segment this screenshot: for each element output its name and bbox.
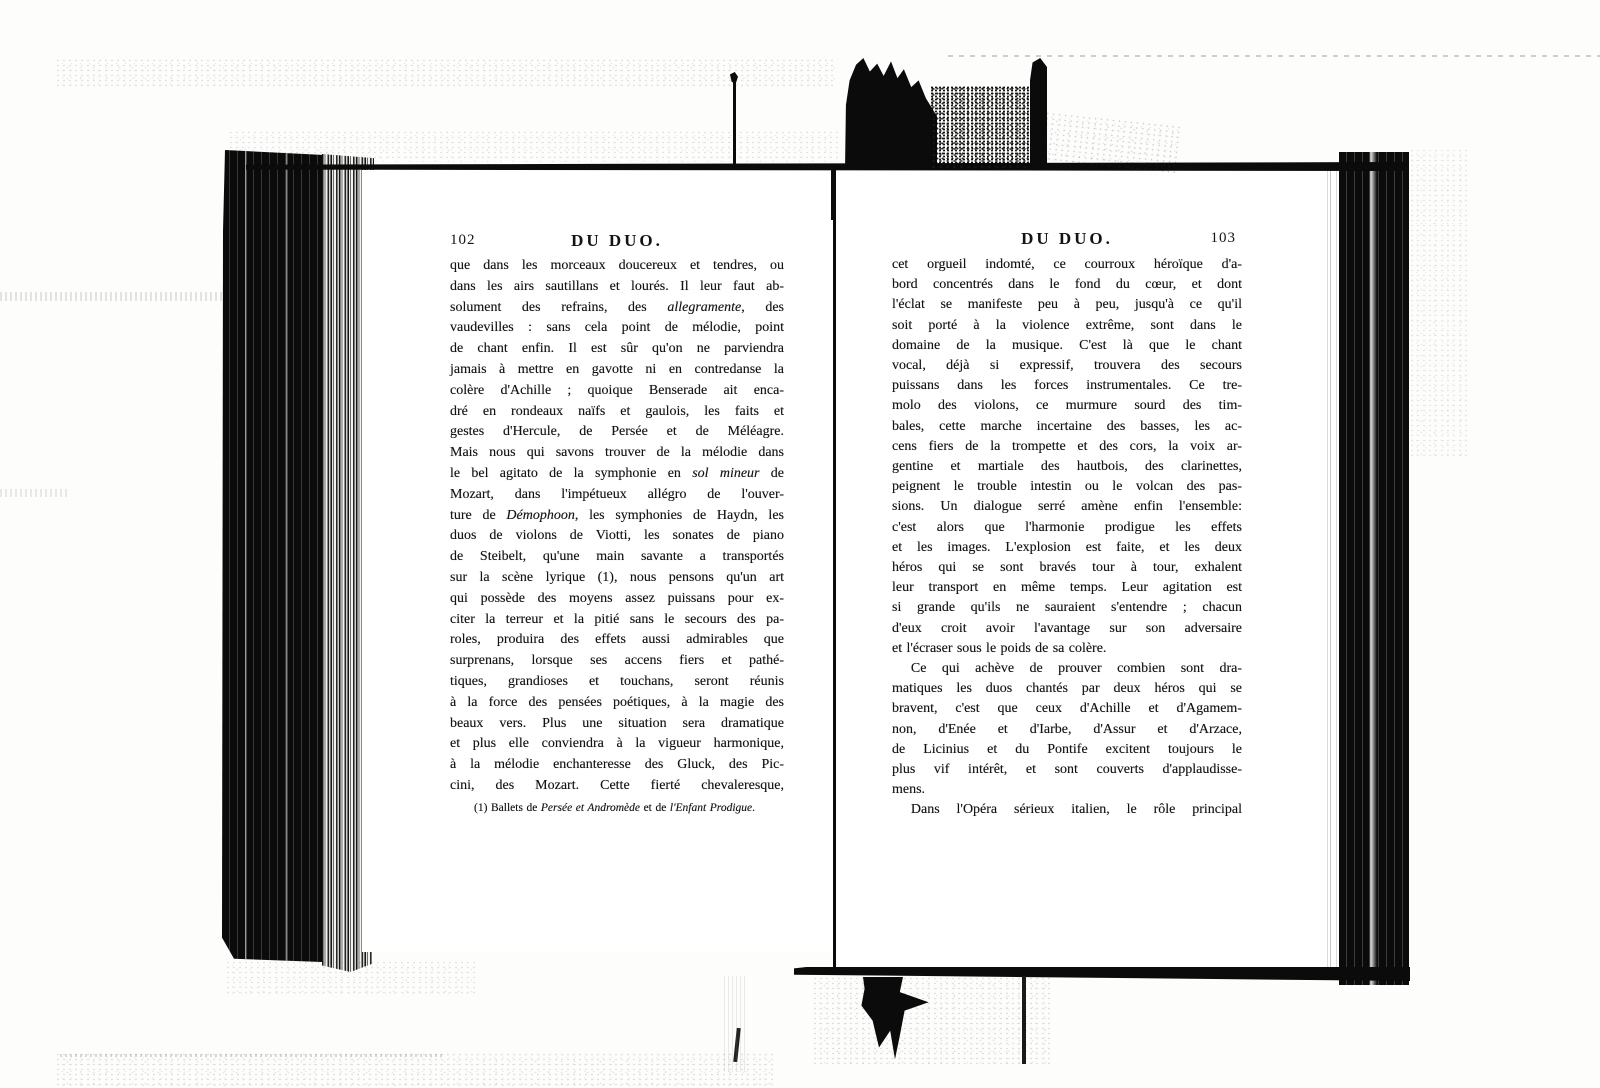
scan-noise-band-bottom [55, 1052, 773, 1086]
right-page-header: DU DUO. 103 [892, 229, 1242, 253]
text-line: non, d'Enée et d'Iarbe, d'Assur et d'Arz… [892, 720, 1242, 740]
book-edge-right [1339, 152, 1409, 985]
scan-streak-left-margin-2 [0, 489, 70, 497]
text-line: dans les airs sautillans et lourés. Il l… [450, 277, 784, 298]
text-line: (1) Ballets de Persée et Andromède et de… [474, 801, 786, 816]
scan-noise-bottom-gutter [812, 976, 1050, 1064]
text-line: à la mélodie enchanteresse des Gluck, de… [450, 755, 784, 776]
text-line: peignent le trouble intestin ou le volca… [892, 477, 1242, 497]
book-top-rule [246, 162, 1409, 171]
text-line: de Licinius et du Pontife excitent toujo… [892, 740, 1242, 760]
ink-blob-top-speckle [930, 86, 1032, 170]
text-line: à la force des pensées poétiques, à la m… [450, 693, 784, 714]
ink-line-bottom-right [1022, 976, 1026, 1064]
text-line: Mais nous qui savons trouver de la mélod… [450, 443, 784, 464]
left-page-number: 102 [450, 232, 476, 249]
text-line: le bel agitato de la symphonie en sol mi… [450, 464, 784, 485]
text-line: sions. Un dialogue serré amène enfin l'e… [892, 497, 1242, 517]
text-line: l'éclat se manifeste peu à peu, jusqu'à … [892, 295, 1242, 315]
scan-streak-bottom-left [60, 1054, 445, 1057]
text-line: et l'écraser sous le poids de sa colère. [892, 639, 1242, 659]
text-line: d'eux croit avoir l'avantage sur son adv… [892, 619, 1242, 639]
text-line: leur transport en même temps. Leur agita… [892, 578, 1242, 598]
text-line: héros qui se sont bravés tour à tour, ex… [892, 558, 1242, 578]
text-line: ture de Démophoon, les symphonies de Hay… [450, 506, 784, 527]
text-line: de Steibelt, qu'une main savante a trans… [450, 547, 784, 568]
scan-faint-band-bottom-left [724, 976, 746, 1072]
right-page-number: 103 [1211, 230, 1237, 247]
text-line: surprenans, lorsque ses accens fiers et … [450, 651, 784, 672]
text-line: de chant enfin. Il est sûr qu'on ne parv… [450, 339, 784, 360]
gutter-line [833, 170, 836, 968]
right-page: DU DUO. 103 cet orgueil indomté, ce cour… [838, 168, 1326, 968]
right-running-header: DU DUO. [892, 229, 1242, 249]
text-line: citer la terreur et la pitié sans le sec… [450, 610, 784, 631]
text-line: cini, des Mozart. Cette fierté chevalere… [450, 776, 784, 797]
text-line: plus vif intérêt, et sont couverts d'app… [892, 760, 1242, 780]
text-line: jamais à mettre en gavotte ni en contred… [450, 360, 784, 381]
text-line: que dans les morceaux doucereux et tendr… [450, 256, 784, 277]
text-line: cet orgueil indomté, ce courroux héroïqu… [892, 255, 1242, 275]
text-line: vaudevilles : sans cela point de mélodie… [450, 318, 784, 339]
text-line: puissans dans les forces instrumentales.… [892, 376, 1242, 396]
text-line: Ce qui achève de prouver combien sont dr… [892, 659, 1242, 679]
text-line: sur la scène lyrique (1), nous pensons q… [450, 568, 784, 589]
text-line: matiques les duos chantés par deux héros… [892, 679, 1242, 699]
scan-streak-left-margin-1 [0, 292, 232, 301]
left-page-header: 102 DU DUO. [450, 231, 784, 255]
text-line: bravent, c'est que ceux d'Achille et d'A… [892, 699, 1242, 719]
text-line: colère d'Achille ; quoique Benserade ait… [450, 381, 784, 402]
left-page: 102 DU DUO. que dans les morceaux doucer… [362, 170, 834, 952]
left-page-footnote: (1) Ballets de Persée et Andromède et de… [474, 801, 786, 816]
scan-noise-band-top [55, 58, 835, 88]
text-line: gestes d'Hercule, de Persée et de Méléag… [450, 422, 784, 443]
scan-noise-under-left-edge [225, 960, 475, 995]
scan-noise-right-fringe [1409, 148, 1467, 458]
scan-streak-line-top-right [948, 55, 1600, 57]
gutter-line-top-drip [831, 168, 836, 220]
text-line: soit porté à la violence extrême, sont d… [892, 316, 1242, 336]
book-edge-left [222, 150, 322, 962]
text-line: bord concentrés dans le fond du cœur, et… [892, 275, 1242, 295]
left-page-text: que dans les morceaux doucereux et tendr… [450, 256, 784, 797]
page-stack-lines-right [1325, 166, 1339, 980]
text-line: et plus elle conviendra à la vigueur har… [450, 734, 784, 755]
text-line: dré en rondeaux naïfs et gaulois, les fa… [450, 402, 784, 423]
text-line: solument des refrains, des allegramente,… [450, 298, 784, 319]
text-line: mens. [892, 780, 1242, 800]
text-line: c'est alors que l'harmonie prodigue les … [892, 518, 1242, 538]
text-line: qui possède des moyens assez puissans po… [450, 589, 784, 610]
spine-mark-vertical [733, 74, 736, 168]
text-line: bales, cette marche incertaine des basse… [892, 417, 1242, 437]
text-line: Mozart, dans l'impétueux allégro de l'ou… [450, 485, 784, 506]
text-line: tiques, grandioses et touchans, seront r… [450, 672, 784, 693]
text-line: Dans l'Opéra sérieux italien, le rôle pr… [892, 800, 1242, 820]
text-line: et les images. L'explosion est faite, et… [892, 538, 1242, 558]
text-line: roles, produira des effets aussi admirab… [450, 630, 784, 651]
text-line: gentine et martiale des hautbois, des cl… [892, 457, 1242, 477]
text-line: duos de violons de Viotti, les sonates d… [450, 526, 784, 547]
text-line: beaux vers. Plus une situation sera dram… [450, 714, 784, 735]
scanned-book-spread: 102 DU DUO. que dans les morceaux doucer… [0, 0, 1600, 1088]
text-line: si grande qu'ils ne sauraient s'entendre… [892, 598, 1242, 618]
text-line: vocal, déjà si expressif, trouvera des s… [892, 356, 1242, 376]
text-line: molo des violons, ce murmure sourd des t… [892, 396, 1242, 416]
text-line: domaine de la musique. C'est là que le c… [892, 336, 1242, 356]
right-page-text: cet orgueil indomté, ce courroux héroïqu… [892, 255, 1242, 821]
left-running-header: DU DUO. [450, 231, 784, 251]
text-line: cens fiers de la trompette et des cors, … [892, 437, 1242, 457]
ink-blob-top [845, 58, 937, 170]
